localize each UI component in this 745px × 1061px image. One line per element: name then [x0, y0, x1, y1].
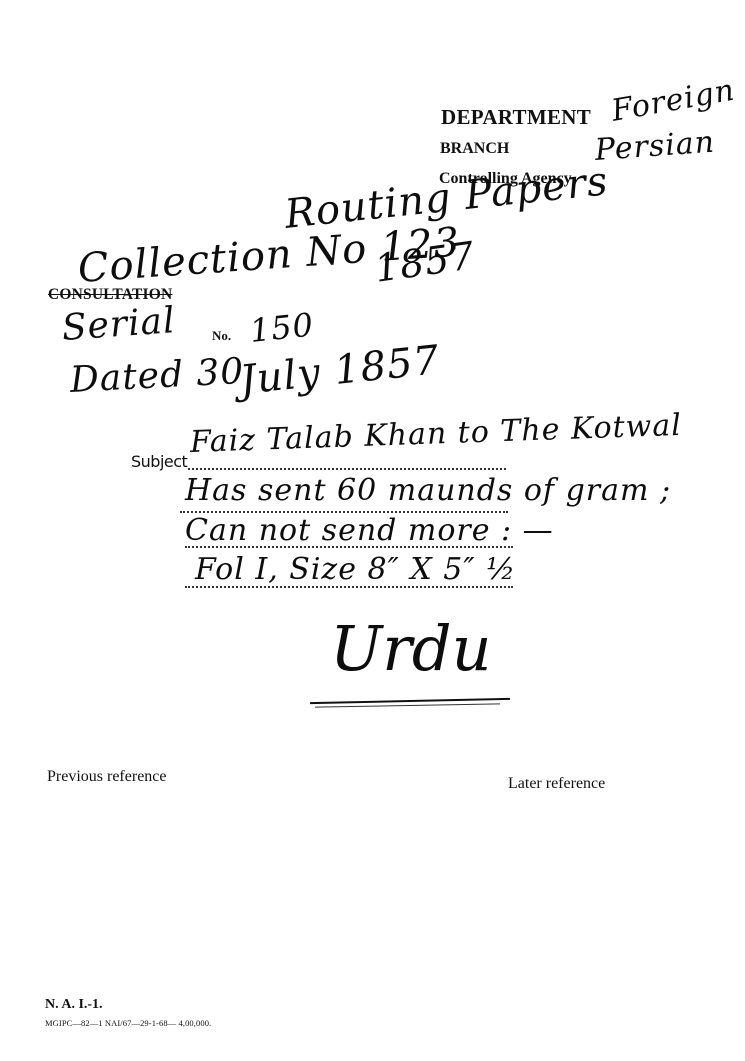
- branch-label: BRANCH: [440, 140, 509, 158]
- subject-dotted-line-1: [188, 468, 506, 470]
- serial-no-label: No.: [212, 328, 231, 344]
- print-line: MGIPC—82—1 NAI/67—29-1-68— 4,00,000.: [45, 1018, 211, 1028]
- language-underline-secondary: [315, 703, 500, 707]
- department-value-handwritten: Foreign: [609, 73, 738, 129]
- subject-label: Subject: [131, 452, 187, 471]
- subject-line-2: Has sent 60 maunds of gram ;: [185, 473, 671, 508]
- previous-reference-label: Previous reference: [47, 768, 167, 786]
- department-label: DEPARTMENT: [441, 105, 591, 130]
- dated-handwritten: Dated 30: [69, 351, 245, 401]
- subject-line-1: Faiz Talab Khan to The Kotwal: [189, 408, 682, 460]
- serial-handwritten: Serial: [61, 300, 177, 349]
- language-handwritten: Urdu: [330, 612, 492, 685]
- later-reference-label: Later reference: [508, 775, 605, 793]
- subject-line-3: Can not send more : —: [185, 513, 554, 548]
- serial-number-handwritten: 150: [248, 305, 316, 349]
- form-code: N. A. I.-1.: [45, 997, 103, 1013]
- subject-line-4: Fol I, Size 8″ X 5″ ½: [195, 552, 516, 587]
- branch-value-handwritten: Persian: [594, 125, 716, 168]
